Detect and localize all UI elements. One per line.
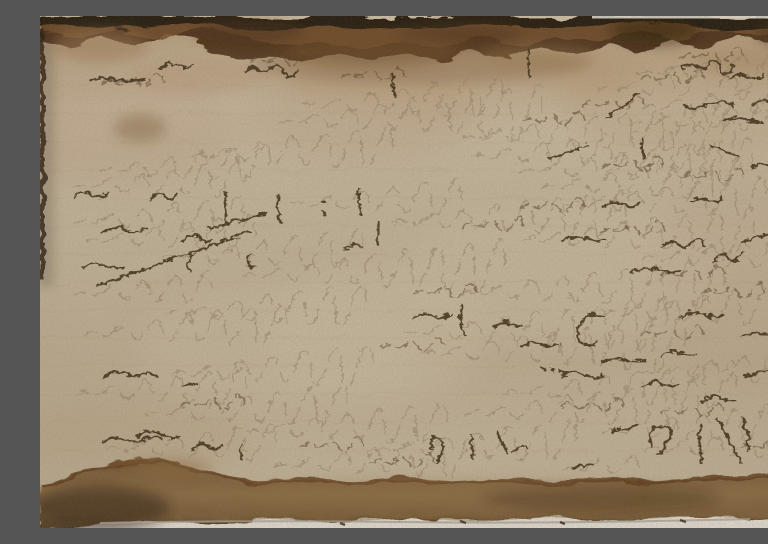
manuscript-photo: Photograph of a weathered antique parchm… (40, 16, 768, 528)
manuscript-canvas (40, 16, 768, 528)
photo-grain-overlay (40, 16, 768, 528)
